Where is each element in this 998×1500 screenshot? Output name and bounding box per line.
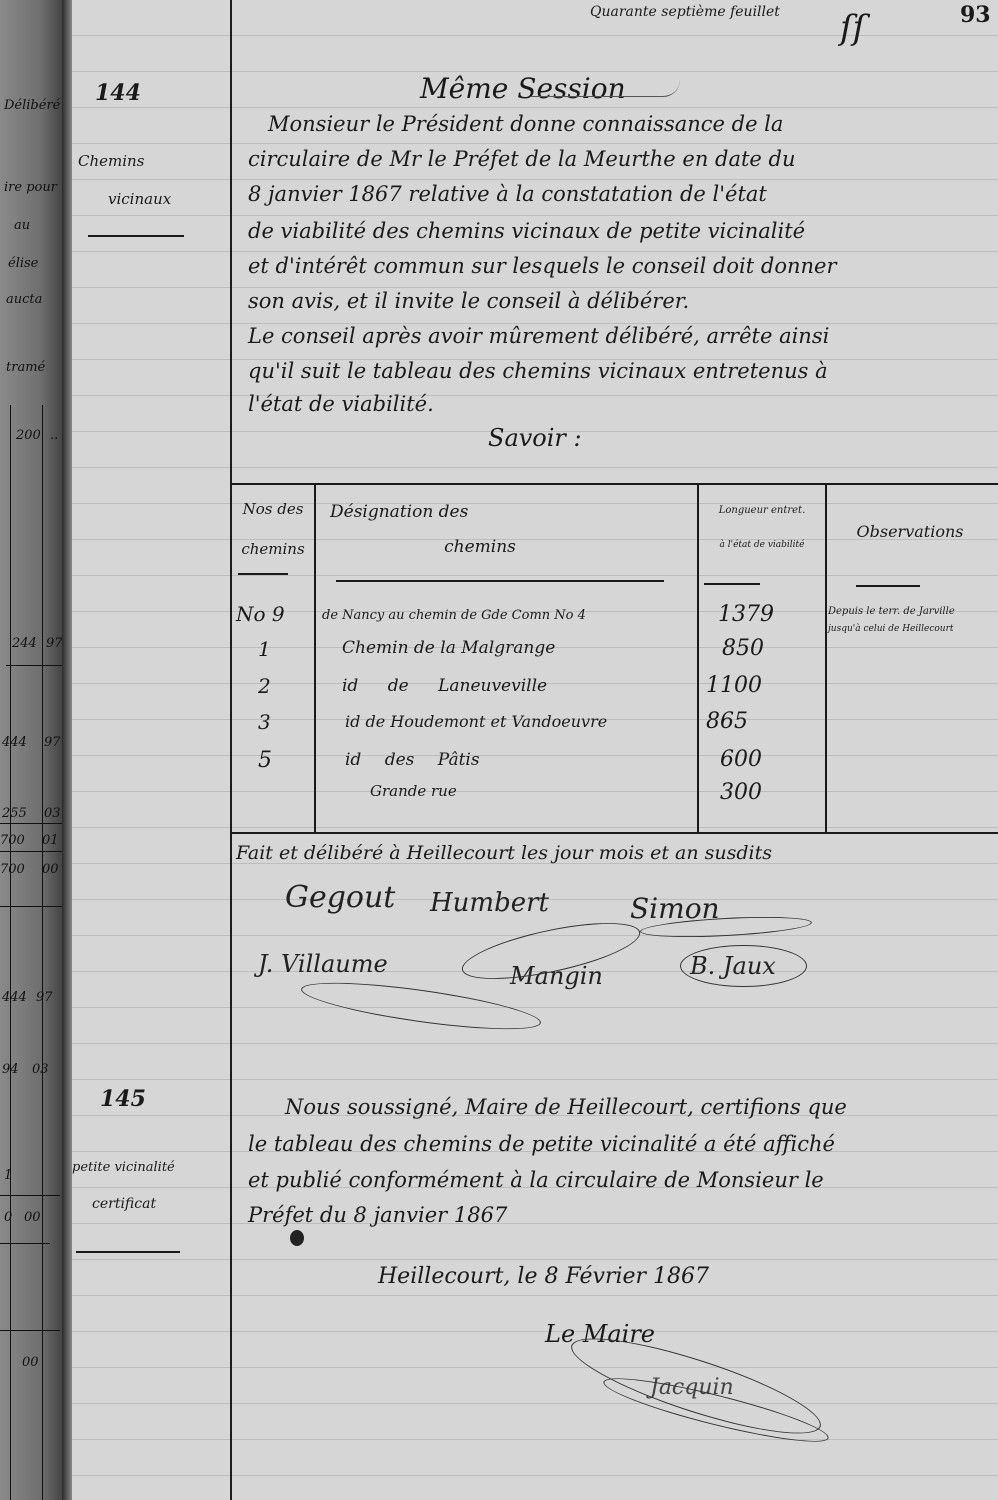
place-and-date: Heillecourt, le 8 Février 1867 (378, 1264, 709, 1289)
margin-rule (230, 0, 232, 1500)
facing-page-amount-cents: 97 (44, 735, 61, 750)
facing-page-amount-cents: 00 (24, 1210, 41, 1225)
signature: J. Villaume (258, 950, 388, 978)
column-header-observations: Observations (830, 522, 990, 541)
facing-page-amount: 444 (2, 735, 27, 750)
facing-page-fragment: Délibéré (4, 98, 60, 113)
margin-title: Chemins (78, 152, 144, 170)
facing-page-fragment: élise (8, 256, 38, 271)
minute-text-line: qu'il suit le tableau des chemins vicina… (248, 359, 828, 383)
column-header-number: chemins (234, 540, 312, 558)
signature: Humbert (430, 888, 549, 918)
facing-page-row-rule (0, 1243, 50, 1244)
margin-underline (76, 1248, 180, 1253)
road-length: 865 (706, 709, 748, 734)
column-header-designation: Désignation des (330, 502, 560, 522)
road-designation: de Nancy au chemin de Gde Comn No 4 (322, 608, 586, 623)
minute-text-line: circulaire de Mr le Préfet de la Meurthe… (248, 147, 796, 171)
road-length: 600 (720, 747, 762, 772)
facing-page-amount: 444 (2, 990, 27, 1005)
facing-page-amount-cents: .. (50, 428, 58, 443)
facing-page-amount: 1 (4, 1168, 12, 1183)
facing-page-fragment: aucta (6, 292, 42, 307)
certificate-text-line: le tableau des chemins de petite vicinal… (248, 1132, 835, 1156)
road-length: 850 (722, 636, 764, 661)
margin-title: vicinaux (108, 190, 171, 208)
minute-text-line: 8 janvier 1867 relative à la constatatio… (248, 182, 767, 206)
table-bottom-rule (230, 832, 998, 834)
page-number: 93 (960, 2, 991, 28)
signature-flourish (680, 945, 807, 987)
table-top-rule (230, 483, 998, 485)
road-number: No 9 (236, 602, 285, 626)
road-designation: id de Houdemont et Vandoeuvre (345, 712, 607, 731)
road-designation: id des Pâtis (345, 750, 480, 770)
folio-paraph: ſſ (840, 8, 865, 48)
facing-page-amount-cents: 03 (44, 806, 61, 821)
facing-page-fragment: au (14, 218, 30, 233)
facing-page: Délibéré ire pour au élise aucta tramé 2… (0, 0, 68, 1500)
facing-page-amount-cents: 97 (46, 636, 63, 651)
facing-page-amount: 255 (2, 806, 27, 821)
road-number: 5 (258, 748, 272, 773)
header-underline (238, 573, 288, 575)
minute-text-line: son avis, et il invite le conseil à déli… (248, 289, 689, 313)
facing-page-row-rule (0, 1195, 60, 1196)
folio-heading: Quarante septième feuillet (590, 4, 780, 20)
facing-page-amount: 94 (2, 1062, 19, 1077)
facing-page-amount-cents: 01 (42, 833, 59, 848)
road-number: 2 (258, 674, 271, 698)
header-underline (704, 583, 760, 585)
facing-page-row-rule (0, 823, 66, 824)
column-header-designation: chemins (420, 537, 540, 557)
facing-page-row-rule (0, 906, 66, 907)
facing-page-amount: 200 (16, 428, 41, 443)
column-header-length: Longueur entret. (700, 505, 824, 516)
road-length: 1100 (706, 673, 762, 698)
facing-page-column-rule (42, 405, 43, 1500)
facing-page-amount-cents: 00 (42, 862, 59, 877)
minute-text-line: Monsieur le Président donne connaissance… (268, 112, 783, 136)
margin-title: certificat (92, 1196, 156, 1212)
minute-text-line: Le conseil après avoir mûrement délibéré… (248, 324, 829, 348)
facing-page-amount: 244 (12, 636, 37, 651)
session-title-underline (530, 80, 680, 97)
facing-page-amount: 0 (4, 1210, 12, 1225)
road-observation: jusqu'à celui de Heillecourt (828, 624, 954, 634)
facing-page-fragment: ire pour (4, 180, 57, 195)
entry-number: 144 (95, 80, 141, 106)
margin-title: petite vicinalité (72, 1160, 175, 1175)
margin-underline (88, 232, 184, 237)
road-length: 1379 (718, 602, 774, 627)
facing-page-row-rule (0, 851, 66, 852)
closing-statement: Fait et délibéré à Heillecourt les jour … (236, 842, 772, 864)
column-header-number: Nos des (234, 500, 312, 518)
facing-page-fragment: tramé (6, 360, 45, 375)
header-underline (336, 580, 664, 582)
facing-page-amount-cents: 03 (32, 1062, 49, 1077)
minute-text-line: l'état de viabilité. (248, 392, 434, 416)
savoir-heading: Savoir : (488, 424, 582, 452)
road-designation: Chemin de la Malgrange (342, 638, 555, 658)
ink-blot (290, 1230, 304, 1246)
certificate-text-line: et publié conformément à la circulaire d… (248, 1168, 824, 1192)
road-length: 300 (720, 780, 762, 805)
facing-page-amount-cents: 00 (22, 1355, 39, 1370)
header-underline (856, 585, 920, 587)
table-column-rule (314, 483, 316, 834)
facing-page-row-rule (0, 1330, 60, 1331)
road-number: 1 (258, 637, 271, 661)
column-header-length: à l'état de viabilité (700, 540, 824, 550)
road-designation: id de Laneuveville (342, 676, 547, 696)
road-observation: Depuis le terr. de Jarville (828, 606, 955, 617)
certificate-text-line: Nous soussigné, Maire de Heillecourt, ce… (285, 1095, 847, 1119)
signature: Gegout (285, 880, 395, 915)
minute-text-line: de viabilité des chemins vicinaux de pet… (248, 219, 805, 243)
minute-text-line: et d'intérêt commun sur lesquels le cons… (248, 254, 836, 278)
road-designation: Grande rue (370, 782, 457, 800)
certificate-text-line: Préfet du 8 janvier 1867 (248, 1203, 507, 1227)
table-column-rule (825, 483, 827, 834)
facing-page-column-rule (10, 405, 11, 1500)
facing-page-amount: 700 (0, 833, 25, 848)
road-number: 3 (258, 710, 271, 734)
entry-number: 145 (100, 1086, 146, 1112)
facing-page-row-rule (6, 665, 66, 666)
facing-page-amount: 700 (0, 862, 25, 877)
table-column-rule (697, 483, 699, 834)
facing-page-amount-cents: 97 (36, 990, 53, 1005)
